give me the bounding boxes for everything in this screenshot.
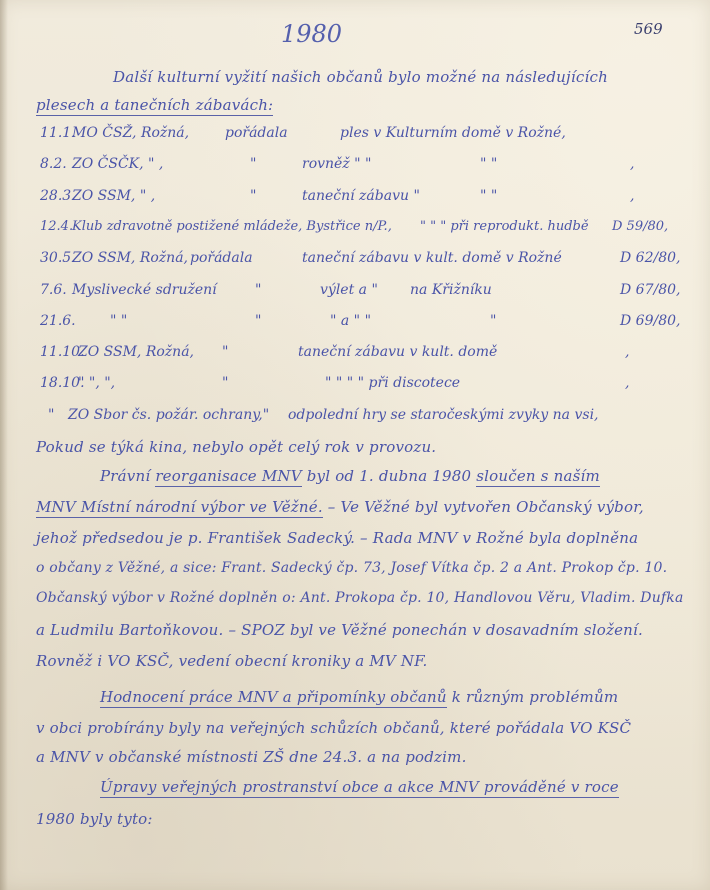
event-place: " " xyxy=(480,188,497,204)
event-reference: , xyxy=(625,344,629,360)
event-description: ples v Kulturním domě v Rožné, xyxy=(340,125,566,141)
event-date: 7.6. xyxy=(40,282,67,298)
event-verb: " xyxy=(222,344,228,360)
event-description: " a " " xyxy=(330,313,371,329)
page-edge-shadow xyxy=(0,0,8,890)
event-verb: " xyxy=(255,282,261,298)
year-heading: 1980 xyxy=(281,20,342,48)
event-verb: pořádala xyxy=(225,125,288,141)
event-description: výlet a " xyxy=(320,282,378,298)
event-date: 8.2. xyxy=(40,156,67,172)
event-description: rovněž " " xyxy=(302,156,372,172)
reorg-line-5: Občanský výbor v Rožné doplněn o: Ant. P… xyxy=(36,590,684,606)
event-reference: D 59/80, xyxy=(612,219,668,234)
event-organizer: ZO ČSČK, " , xyxy=(72,156,163,172)
meetings-line-1-post: k různým problémům xyxy=(452,688,619,706)
event-date: 21.6. xyxy=(40,313,76,329)
event-organizer: " " xyxy=(110,313,127,329)
event-reference: D 67/80, xyxy=(620,282,680,298)
reorg-line-1: Právní reorganisace MNV byl od 1. dubna … xyxy=(100,467,600,485)
event-date: 28.3. xyxy=(40,188,76,204)
event-place: " " xyxy=(480,156,497,172)
event-organizer: ZO SSM, " , xyxy=(72,188,155,204)
event-place: na Křižníku xyxy=(410,282,492,298)
event-reference: , xyxy=(625,375,629,391)
event-description: taneční zábavu v kult. domě v Rožné xyxy=(302,250,562,266)
reorg-line-3: jehož předsedou je p. František Sadecký.… xyxy=(36,529,638,547)
reorg-line-1-mid: byl od 1. dubna 1980 xyxy=(307,467,472,485)
event-reference: , xyxy=(630,156,634,172)
event-verb: " xyxy=(222,375,228,391)
works-line-2: 1980 byly tyto: xyxy=(36,810,153,828)
event-date: 12.4. xyxy=(40,219,73,234)
event-organizer: " ", ", xyxy=(78,375,115,391)
event-reference: D 69/80, xyxy=(620,313,680,329)
meetings-line-1-underlined: Hodnocení práce MNV a připomínky občanů xyxy=(100,688,447,708)
works-line-1: Úpravy veřejných prostranství obce a akc… xyxy=(100,778,619,798)
reorg-line-2-underlined: MNV Místní národní výbor ve Věžné. xyxy=(36,498,323,518)
event-verb: " xyxy=(250,188,256,204)
event-reference: D 62/80, xyxy=(620,250,680,266)
intro-line-2: plesech a tanečních zábavách: xyxy=(36,96,273,116)
page-number: 569 xyxy=(634,20,663,38)
paragraph-cinema: Pokud se týká kina, nebylo opět celý rok… xyxy=(36,438,436,456)
meetings-line-1: Hodnocení práce MNV a připomínky občanů … xyxy=(100,688,618,706)
reorg-line-1-underlined: reorganisace MNV xyxy=(155,467,301,487)
event-organizer: ZO Sbor čs. požár. ochrany," xyxy=(68,407,269,423)
event-date: 11.1. xyxy=(40,125,76,141)
chronicle-page: 1980 569 Další kulturní vyžití našich ob… xyxy=(0,0,710,890)
event-date: " xyxy=(48,407,54,423)
reorg-line-2: MNV Místní národní výbor ve Věžné. – Ve … xyxy=(36,498,644,516)
reorg-line-1-underlined-2: sloučen s naším xyxy=(476,467,600,487)
intro-line-1: Další kulturní vyžití našich občanů bylo… xyxy=(113,68,608,86)
reorg-line-7: Rovněž i VO KSČ, vedení obecní kroniky a… xyxy=(36,652,427,670)
reorg-line-4: o občany z Věžné, a sice: Frant. Sadecký… xyxy=(36,560,667,576)
event-organizer: Klub zdravotně postižené mládeže, Bystři… xyxy=(72,219,392,234)
event-reference: , xyxy=(630,188,634,204)
reorg-line-6: a Ludmilu Bartoňkovou. – SPOZ byl ve Věž… xyxy=(36,621,643,639)
meetings-line-3: a MNV v občanské místnosti ZŠ dne 24.3. … xyxy=(36,748,467,766)
event-description: " " " při reprodukt. hudbě xyxy=(420,219,589,234)
event-organizer: MO ČSŽ, Rožná, xyxy=(72,125,189,141)
event-verb: " xyxy=(250,156,256,172)
reorg-line-2-post: – Ve Věžné byl vytvořen Občanský výbor, xyxy=(328,498,644,516)
event-organizer: Myslivecké sdružení xyxy=(72,282,217,298)
event-place: " xyxy=(490,313,496,329)
event-verb: " xyxy=(255,313,261,329)
event-description: " " " " při discotece xyxy=(325,375,460,391)
meetings-line-2: v obci probírány byly na veřejných schůz… xyxy=(36,719,631,737)
reorg-line-1-pre: Právní xyxy=(100,467,150,485)
event-verb: pořádala xyxy=(190,250,253,266)
event-date: 30.5. xyxy=(40,250,76,266)
event-description: taneční zábavu v kult. domě xyxy=(298,344,497,360)
event-organizer: ZO SSM, Rožná, xyxy=(72,250,188,266)
event-organizer: ZO SSM, Rožná, xyxy=(78,344,194,360)
event-description: taneční zábavu " xyxy=(302,188,420,204)
event-description: odpolední hry se staročeskými zvyky na v… xyxy=(288,407,599,423)
